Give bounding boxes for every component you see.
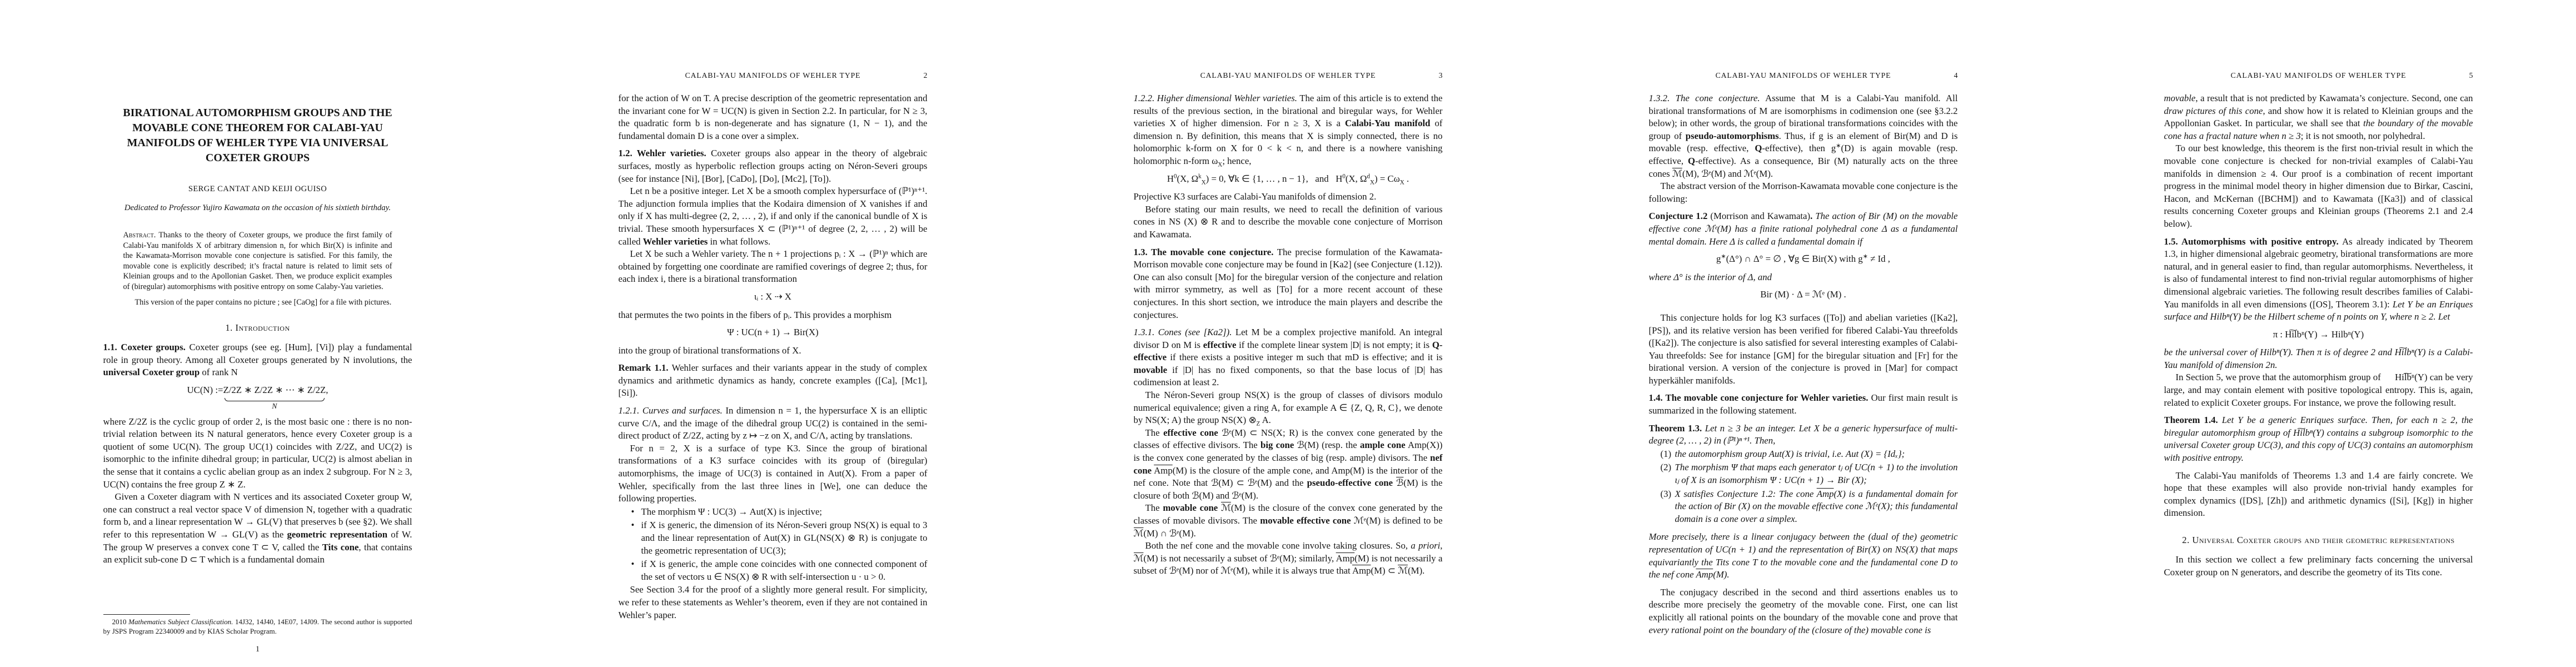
text-run: (M), ℬᵉ(M) and ℳᵉ(M). [1682,168,1773,179]
text-run: ℳ [1134,528,1144,539]
underbrace-icon [225,398,324,401]
dedication: Dedicated to Professor Yujiro Kawamata o… [103,203,412,213]
text-run: ℳᵉ(M) is defined to be [1351,515,1443,526]
text-run: The abstract version of the Morrison-Kaw… [1649,181,1958,204]
abstract-paragraph: Abstract. Thanks to the theory of Coxete… [123,230,392,292]
paragraph: 1.2.1. Curves and surfaces. In dimension… [619,405,928,442]
text-run: geometric representation [287,529,387,540]
paragraph: This conjecture holds for log K3 surface… [1649,312,1958,387]
bullet-icon: • [631,506,635,519]
formula-suffix: , [326,384,328,397]
formula-content: Ψ : UC(n + 1) → Bir(X) [727,326,818,339]
text-run: Both the nef cone and the movable cone i… [1145,540,1411,551]
text-run: ℳ [1398,565,1408,576]
text-run: (Δ°) ∩ Δ° = ∅ , ∀g ∈ Bir(X) with g [1726,253,1863,264]
text-run: (Morrison and Kawamata) [1707,211,1810,221]
text-run: ℬ [1396,477,1403,488]
authors-line: SERGE CANTAT AND KEIJI OGUISO [103,185,412,194]
paragraph: Both the nef cone and the movable cone i… [1134,540,1443,578]
paragraph: Conjecture 1.2 (Morrison and Kawamata). … [1649,210,1958,248]
text-run: that permutes the two points in the fibe… [619,310,892,320]
paragraph: for the action of W on T. A precise desc… [619,92,928,142]
text-run: be the universal cover of Hilbⁿ(Y). Then… [2164,347,2395,357]
text-run: Abstract. [123,231,156,240]
paragraph: 1.1. Coxeter groups. Coxeter groups (see… [103,341,412,379]
text-run: BIRATIONAL AUTOMORPHISM GROUPS AND THE M… [123,107,392,164]
footnote: 2010 Mathematics Subject Classification.… [103,614,412,636]
text-run: X [1370,179,1374,186]
text-run: -effective), then g [1762,143,1836,153]
text-run: ∗ [1863,253,1868,260]
text-run: (M) ⊂ [1371,565,1398,576]
paper-title: BIRATIONAL AUTOMORPHISM GROUPS AND THE M… [103,106,412,166]
text-run: Q [1755,143,1762,153]
paragraph: More precisely, there is a linear conjug… [1649,531,1958,581]
paragraph: 1.5. Automorphisms with positive entropy… [2164,236,2473,323]
text-run: where Z/2Z is the cyclic group of order … [103,416,412,490]
text-run: SERGE CANTAT AND KEIJI OGUISO [188,185,327,193]
page-2-content: for the action of W on T. A precise desc… [619,92,928,667]
text-run: if X is generic, the ample cone coincide… [641,559,928,582]
item-label: (3) [1661,488,1672,501]
text-run: To our best knowledge, this theorem is t… [2164,143,2473,229]
text-run: (M) ∩ ℬᵉ(M). [1143,528,1195,539]
text-run: if there exists a positive integer m suc… [1167,352,1442,362]
paragraph: In Section 5, we prove that the automorp… [2164,371,2473,409]
page-1-content: BIRATIONAL AUTOMORPHISM GROUPS AND THE M… [103,0,412,667]
text-run: This version of the paper contains no pi… [135,298,392,307]
text-run: , [1440,540,1442,551]
paragraph: Let X be such a Wehler variety. The n + … [619,248,928,286]
text-run: universal Coxeter group [103,367,200,377]
text-run: Hilb [2395,346,2411,359]
page-2: CALABI-YAU MANIFOLDS OF WEHLER TYPE 2 fo… [515,0,1030,667]
text-run: . [1404,173,1409,184]
text-run: Thanks to the theory of Coxeter groups, … [123,231,392,291]
text-run: The morphism Ψ : UC(3) → Aut(X) is injec… [641,506,823,517]
display-formula: Bir (M) · Δ = ℳᵉ (M) . [1649,288,1958,301]
display-formula: UC(N) := Z/2Z ∗ Z/2Z ∗ ⋯ ∗ Z/2ZN , [103,384,412,410]
section-heading: 2. Universal Coxeter groups and their ge… [2164,534,2473,546]
text-run: ) = 0, ∀k ∈ {1, … , n − 1}, and H [1206,173,1343,184]
text-run: 1 [256,645,260,654]
running-head-title: CALABI-YAU MANIFOLDS OF WEHLER TYPE [1200,71,1376,79]
text-run: Conjecture 1.2 [1649,211,1708,221]
formula-content: g∗(Δ°) ∩ Δ° = ∅ , ∀g ∈ Bir(X) with g∗ ≠ … [1716,253,1890,266]
text-run: , a result that is not predicted by Kawa… [2195,93,2473,103]
text-run: The Néron-Severi group NS(X) is the grou… [1134,390,1443,425]
paragraph: be the universal cover of Hilbⁿ(Y). Then… [2164,346,2473,371]
underbrace-group: Z/2Z ∗ Z/2Z ∗ ⋯ ∗ Z/2ZN [223,384,326,410]
page-number: 4 [1954,71,1958,80]
text-run: (M). [1713,569,1729,580]
paragraph: For n = 2, X is a surface of type K3. Si… [619,442,928,505]
text-run: effective [1203,340,1237,350]
paragraph: In this section we collect a few prelimi… [2164,554,2473,579]
text-run: ≠ Id , [1868,253,1890,264]
text-run: ℳ [1134,553,1144,564]
bullet-item: •if X is generic, the ample cone coincid… [619,558,928,583]
page-1-column: BIRATIONAL AUTOMORPHISM GROUPS AND THE M… [103,0,412,667]
running-head-title: CALABI-YAU MANIFOLDS OF WEHLER TYPE [685,71,861,79]
footnote-text: 2010 Mathematics Subject Classification.… [103,618,412,636]
text-run: Mathematics Subject Classification. [128,618,233,626]
text-run: ; it is not smooth, nor polyhedral. [2301,131,2425,141]
paragraph: The effective cone ℬᵉ(M) ⊂ NS(X; R) is t… [1134,427,1443,502]
page-5: CALABI-YAU MANIFOLDS OF WEHLER TYPE 5 mo… [2061,0,2576,667]
text-run: The precise formulation of the Kawamata-… [1134,247,1443,320]
text-run: X [1202,179,1206,186]
page-4-content: 1.3.2. The cone conjecture. Assume that … [1649,92,1958,667]
text-run: 1.2.1. Curves and surfaces. [619,405,723,416]
text-run: ⁿ(Y) → Hilbⁿ(Y) [2301,329,2364,340]
text-run: The conjugacy described in the second an… [1649,587,1958,623]
running-head: CALABI-YAU MANIFOLDS OF WEHLER TYPE 3 [1134,71,1443,80]
page-number: 2 [924,71,928,80]
bullet-item: •The morphism Ψ : UC(3) → Aut(X) is inje… [619,506,928,519]
paragraph: The conjugacy described in the second an… [1649,586,1958,636]
text-run: pseudo-effective cone [1307,477,1393,488]
bullet-item: •if X is generic, the dimension of its N… [619,519,928,557]
paragraph: The Calabi-Yau manifolds of Theorems 1.3… [2164,470,2473,520]
text-run: Calabi-Yau manifold [1345,118,1431,128]
text-run: 2. Universal Coxeter groups and their ge… [2182,535,2454,545]
text-run: if X is generic, the dimension of its Né… [641,520,928,555]
text-run: 1.3.2. The cone conjecture. [1649,93,1760,103]
text-run: In this section we collect a few prelimi… [2164,554,2473,578]
text-run: 1.2. Wehler varieties. [619,148,706,158]
paragraph: 1.2. Wehler varieties. Coxeter groups al… [619,147,928,185]
text-run: movable [1134,365,1168,375]
text-run: in what follows. [707,236,770,247]
abstract-paragraph: This version of the paper contains no pi… [123,297,392,308]
text-run: if |D| has no fixed components, so that … [1134,365,1443,388]
text-run: This conjecture holds for log K3 surface… [1649,312,1958,386]
text-run: of rank N [200,367,238,377]
paragraph: 1.4. The movable cone conjecture for Weh… [1649,392,1958,417]
bullet-icon: • [631,519,635,532]
paragraph: 1.3.2. The cone conjecture. Assume that … [1649,92,1958,180]
text-run: movable [2164,93,2196,103]
text-run: 2010 [112,618,129,626]
text-run: The morphism Ψ that maps each generator … [1675,462,1958,485]
paragraph: that permutes the two points in the fibe… [619,309,928,322]
text-run: for the action of W on T. A precise desc… [619,93,928,141]
text-run: 1.5. Automorphisms with positive entropy… [2164,236,2339,247]
text-run: Amp [1696,569,1713,580]
display-formula: Ψ : UC(n + 1) → Bir(X) [619,326,928,339]
text-run: Dedicated to Professor Yujiro Kawamata o… [124,203,391,212]
text-run: if the complete linear system |D| is not… [1236,340,1432,350]
footnote-rule [103,614,190,615]
text-run: More precisely, there is a linear conjug… [1649,531,1958,580]
paragraph: See Section 3.4 for the proof of a sligh… [619,584,928,621]
display-formula: H0(X, ΩkX) = 0, ∀k ∈ {1, … , n − 1}, and… [1134,173,1443,186]
page-1: BIRATIONAL AUTOMORPHISM GROUPS AND THE M… [0,0,515,667]
text-run: Wehler varieties [643,236,708,247]
text-run: into the group of birational transformat… [619,345,801,356]
text-run: Amp [1352,565,1371,576]
text-run: pseudo-automorphisms [1686,131,1779,141]
text-run: 1.2.2. Higher dimensional Wehler varieti… [1134,93,1297,103]
page-5-content: movable, a result that is not predicted … [2164,92,2473,667]
text-run: (X, Ω [1346,173,1367,184]
page-3: CALABI-YAU MANIFOLDS OF WEHLER TYPE 3 1.… [1030,0,1546,667]
page-4: CALABI-YAU MANIFOLDS OF WEHLER TYPE 4 1.… [1546,0,2061,667]
text-run: 1.4. The movable cone conjecture for Weh… [1649,392,1869,403]
text-run: See Section 3.4 for the proof of a sligh… [619,584,928,620]
text-run: ample cone [1360,440,1406,450]
text-run: X [1400,179,1404,186]
text-run: ) = Cω [1374,173,1400,184]
page-number: 3 [1439,71,1443,80]
text-run: Projective K3 surfaces are Calabi-Yau ma… [1134,191,1377,202]
text-run: ℳ [1672,168,1682,179]
paragraph: where Δ° is the interior of Δ, and [1649,271,1958,284]
display-formula: g∗(Δ°) ∩ Δ° = ∅ , ∀g ∈ Bir(X) with g∗ ≠ … [1649,253,1958,266]
text-run: Tits cone [322,542,359,552]
text-run: Hilb [2293,427,2310,440]
text-run: Theorem 1.3. [1649,423,1702,434]
page-number-bottom: 1 [103,643,412,656]
text-run: Hilb [2285,328,2301,341]
text-run: a priori [1411,540,1440,551]
paragraph: 1.3.1. Cones (see [Ka2]). Let M be a com… [1134,326,1443,389]
text-run: 1.1. Coxeter groups. [103,342,186,352]
text-run: Amp [1336,553,1355,564]
page-3-content: 1.2.2. Higher dimensional Wehler varieti… [1134,92,1443,667]
text-run: A. [1260,415,1271,425]
underbrace-text: Z/2Z ∗ Z/2Z ∗ ⋯ ∗ Z/2Z [223,384,326,397]
text-run: 1. Introduction [225,322,290,333]
text-run: The Calabi-Yau manifolds of Theorems 1.3… [2164,470,2473,519]
text-run: In Section 5, we prove that the automorp… [2176,372,2384,382]
formula-content: H0(X, ΩkX) = 0, ∀k ∈ {1, … , n − 1}, and… [1167,173,1409,186]
paragraph: The abstract version of the Morrison-Kaw… [1649,180,1958,205]
text-run: big cone [1260,440,1294,450]
page-4-column: CALABI-YAU MANIFOLDS OF WEHLER TYPE 4 1.… [1649,0,1958,667]
section-heading: 1. Introduction [103,322,412,333]
text-run: Remark 1.1. [619,362,669,373]
formula-content: Bir (M) · Δ = ℳᵉ (M) . [1760,288,1846,301]
paragraph: Projective K3 surfaces are Calabi-Yau ma… [1134,191,1443,203]
underbrace-label: N [272,402,277,410]
running-head: CALABI-YAU MANIFOLDS OF WEHLER TYPE 5 [2164,71,2473,80]
paragraph: Theorem 1.3. Let n ≥ 3 be an integer. Le… [1649,422,1958,447]
text-run: draw pictures of this cone [2164,106,2263,116]
text-run: Amp [1817,489,1834,499]
text-run: Amp [1154,465,1173,476]
text-run: movable effective cone [1260,515,1351,526]
paragraph: into the group of birational transformat… [619,345,928,357]
text-run: Bir (M) · Δ = ℳᵉ (M) . [1760,289,1846,300]
paragraph: Remark 1.1. Wehler surfaces and their va… [619,362,928,400]
item-label: (1) [1661,448,1672,461]
running-head-title: CALABI-YAU MANIFOLDS OF WEHLER TYPE [1716,71,1891,79]
bullet-icon: • [631,558,635,571]
text-run: effective cone [1163,427,1218,438]
formula-content: π : Hilbⁿ(Y) → Hilbⁿ(Y) [2273,328,2364,341]
text-run: The [1145,427,1164,438]
text-run: movable cone [1163,502,1218,513]
text-run: every rational point on the boundary of … [1649,625,1931,635]
numbered-item: (2)The morphism Ψ that maps each generat… [1649,461,1958,486]
text-run: The [1145,502,1163,513]
text-run: ℬ(M) (resp. the [1294,440,1360,450]
paragraph: Before stating our main results, we need… [1134,203,1443,241]
display-formula: ιᵢ : X ⇢ X [619,291,928,303]
paragraph: To our best knowledge, this theorem is t… [2164,142,2473,230]
formula-prefix: UC(N) := [187,384,223,397]
paragraph: Let n be a positive integer. Let X be a … [619,185,928,248]
paragraph: Given a Coxeter diagram with N vertices … [103,491,412,566]
numbered-item: (1)the automorphism group Aut(X) is triv… [1649,448,1958,461]
paragraph: The Néron-Severi group NS(X) is the grou… [1134,389,1443,427]
page-5-column: CALABI-YAU MANIFOLDS OF WEHLER TYPE 5 mo… [2164,0,2473,667]
paragraph: Theorem 1.4. Let Y be a generic Enriques… [2164,414,2473,464]
paragraph: 1.2.2. Higher dimensional Wehler varieti… [1134,92,1443,168]
text-run: Before stating our main results, we need… [1134,204,1443,240]
text-run: 1.3.1. Cones (see [Ka2]). [1134,327,1232,337]
running-head: CALABI-YAU MANIFOLDS OF WEHLER TYPE 4 [1649,71,1958,80]
formula-content: ιᵢ : X ⇢ X [754,291,791,303]
text-run: Hilb [2383,371,2411,384]
text-run: (M) is not necessarily a subset of ℬᵉ(M)… [1143,553,1336,564]
paragraph: where Z/2Z is the cyclic group of order … [103,416,412,491]
page-2-column: CALABI-YAU MANIFOLDS OF WEHLER TYPE 2 fo… [619,0,928,667]
page-3-column: CALABI-YAU MANIFOLDS OF WEHLER TYPE 3 1.… [1134,0,1443,667]
paragraph: 1.3. The movable cone conjecture. The pr… [1134,246,1443,322]
paragraph: The movable cone ℳ(M) is the closure of … [1134,502,1443,540]
running-head: CALABI-YAU MANIFOLDS OF WEHLER TYPE 2 [619,71,928,80]
text-run: 1.3. The movable cone conjecture. [1134,247,1274,257]
text-run: ιᵢ : X ⇢ X [754,291,791,302]
text-run: ℳ [1221,502,1231,513]
text-run: X satisfies Conjecture 1.2: The cone [1675,489,1817,499]
page-number: 5 [2469,71,2473,80]
running-head-title: CALABI-YAU MANIFOLDS OF WEHLER TYPE [2231,71,2406,79]
text-run: Ψ : UC(n + 1) → Bir(X) [727,327,818,337]
numbered-item: (3)X satisfies Conjecture 1.2: The cone … [1649,488,1958,526]
text-run: ∗ [1836,143,1841,150]
text-run: Let X be such a Wehler variety. The n + … [619,248,928,284]
text-run: (X, Ω [1177,173,1199,184]
text-run: For n = 2, X is a surface of type K3. Si… [619,443,928,504]
text-run: ; hence, [1222,156,1251,166]
text-run: Q [1688,156,1695,166]
paragraph: movable, a result that is not predicted … [2164,92,2473,142]
text-run: where Δ° is the interior of Δ, and [1649,272,1772,282]
item-label: (2) [1661,461,1672,474]
text-run: π : [2273,329,2285,340]
document-canvas: arXiv:1107.5862v3 [math.AG] 11 Mar 2013 … [0,0,2576,667]
text-run: Theorem 1.4. [2164,415,2218,425]
text-run: ∗ [1721,253,1726,260]
text-run: H [1167,173,1174,184]
text-run: (M). [1408,565,1424,576]
display-formula: π : Hilbⁿ(Y) → Hilbⁿ(Y) [2164,328,2473,341]
text-run: the automorphism group Aut(X) is trivial… [1675,449,1905,459]
